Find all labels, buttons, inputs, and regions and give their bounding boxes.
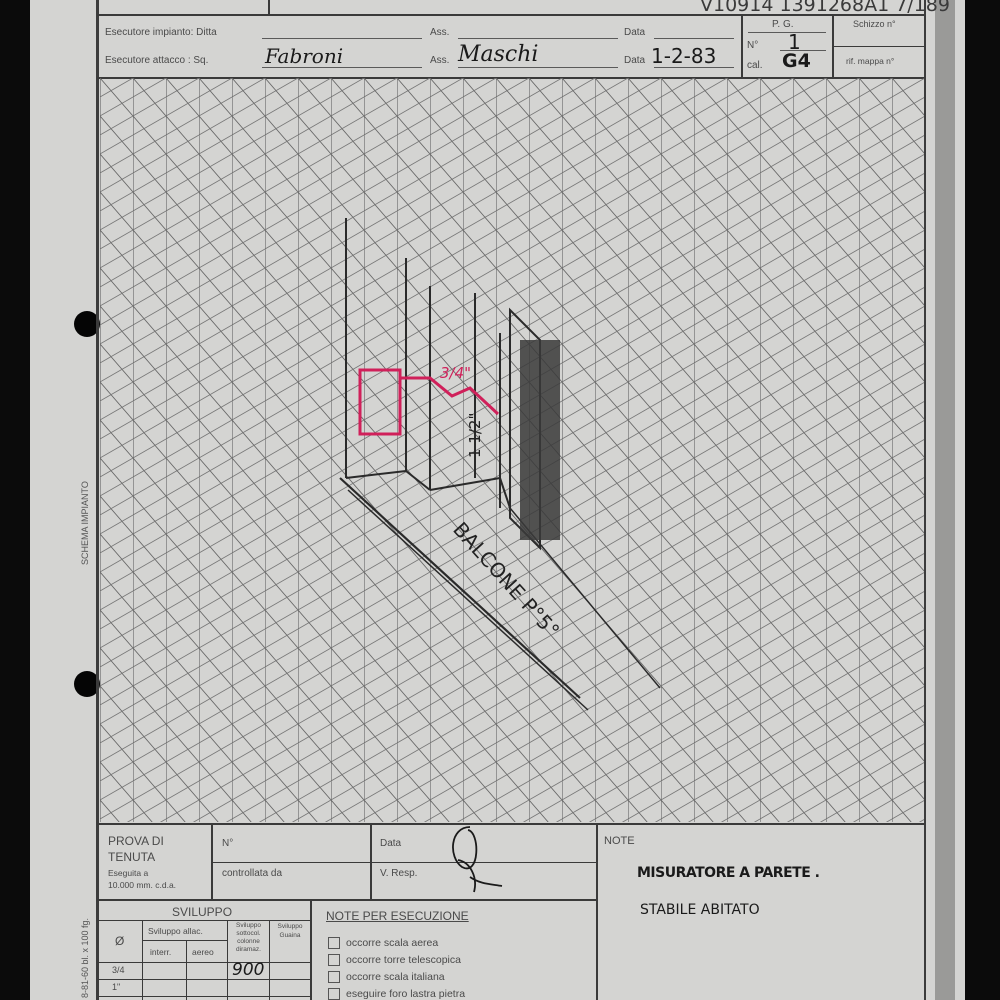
execution-notes-title: NOTE PER ESECUZIONE (326, 909, 469, 923)
executor-connection-date-value: 1-2-83 (651, 44, 716, 68)
sketch-no-label: Schizzo n° (853, 19, 896, 29)
executor-plant-ass-label: Ass. (430, 27, 449, 38)
divider (269, 920, 270, 1000)
map-ref-label: rif. mappa n° (846, 56, 894, 66)
diameter-symbol: Ø (115, 934, 124, 948)
divider (97, 899, 596, 901)
test-no-label: N° (222, 838, 233, 849)
sviluppo-title: SVILUPPO (172, 905, 232, 919)
divider (741, 16, 743, 78)
test-title-line2: TENUTA (108, 850, 155, 864)
divider (98, 962, 310, 963)
divider (97, 823, 925, 825)
checkbox-row[interactable]: occorre scala italiana (328, 971, 445, 983)
guaina-header: Sviluppo Guaina (272, 922, 308, 940)
divider (98, 996, 310, 997)
executor-plant-date-field[interactable] (654, 38, 734, 39)
notes-label: NOTE (604, 835, 635, 847)
pipe-label-black: 1 1/2" (466, 413, 484, 458)
checked-by-label: controllata da (222, 868, 282, 879)
checkbox-row[interactable]: occorre torre telescopica (328, 954, 461, 966)
cal-value: G4 (782, 50, 811, 72)
divider (310, 900, 312, 1000)
notes-line1: MISURATORE A PARETE . (637, 865, 819, 881)
divider (98, 979, 310, 980)
divider (98, 920, 310, 921)
executor-connection-date-label: Data (624, 55, 645, 66)
interr-header: interr. (150, 947, 171, 957)
margin-print-code: 8-81-60 bl. x 100 fg. (80, 918, 90, 998)
row-col-value: 900 (232, 960, 264, 980)
executor-plant-label: Esecutore impianto: Ditta (105, 27, 217, 38)
divider (596, 825, 598, 1000)
col-header: Sviluppo sottocol. colonne diramaz. (229, 922, 268, 954)
executor-plant-ass-field[interactable] (458, 38, 618, 39)
test-title-line1: PROVA DI (108, 834, 164, 848)
signature-icon (440, 822, 510, 902)
test-sub-line1: Eseguita a (108, 868, 148, 878)
aereo-header: aereo (192, 947, 214, 957)
checkbox[interactable] (328, 937, 340, 949)
divider (227, 920, 228, 1000)
executor-connection-label: Esecutore attacco : Sq. (105, 55, 208, 66)
executor-connection-ass-value: Maschi (458, 42, 538, 67)
resp-label: V. Resp. (380, 868, 417, 879)
checkbox-row[interactable]: occorre scala aerea (328, 937, 438, 949)
isometric-grid: 3/4" 1 1/2" BALCONE P°5° (100, 78, 924, 822)
checkbox[interactable] (328, 971, 340, 983)
executor-connection-ass-label: Ass. (430, 55, 449, 66)
checkbox-row[interactable]: eseguire foro lastra pietra (328, 988, 465, 1000)
divider (142, 940, 227, 941)
no-label: N° (747, 40, 758, 51)
executor-connection-ass-field[interactable] (458, 67, 618, 68)
cal-label: cal. (747, 60, 763, 71)
test-sub-line2: 10.000 mm. c.d.a. (108, 880, 176, 890)
executor-plant-date-label: Data (624, 27, 645, 38)
conn-header: Sviluppo allac. (148, 926, 203, 936)
divider (186, 940, 187, 1000)
row-diameter: 3/4 (112, 965, 125, 975)
divider (832, 16, 834, 78)
divider (142, 920, 143, 1000)
divider (834, 46, 925, 47)
test-date-label: Data (380, 838, 401, 849)
top-reference-numbers: V10914 1391268A1 7/189 (700, 0, 950, 16)
notes-line2: STABILE ABITATO (640, 902, 760, 918)
meter-shading (520, 340, 560, 540)
page-edge-shadow (935, 0, 955, 1000)
row-diameter: 1" (112, 982, 120, 992)
divider (268, 0, 270, 14)
checkbox[interactable] (328, 954, 340, 966)
divider (211, 862, 596, 863)
pipe-label-red: 3/4" (440, 364, 471, 382)
executor-plant-field[interactable] (262, 38, 422, 39)
executor-connection-value: Fabroni (265, 44, 343, 68)
checkbox[interactable] (328, 988, 340, 1000)
schema-side-label: SCHEMA IMPIANTO (80, 481, 90, 565)
divider (748, 32, 826, 33)
pg-label: P. G. (772, 19, 794, 30)
